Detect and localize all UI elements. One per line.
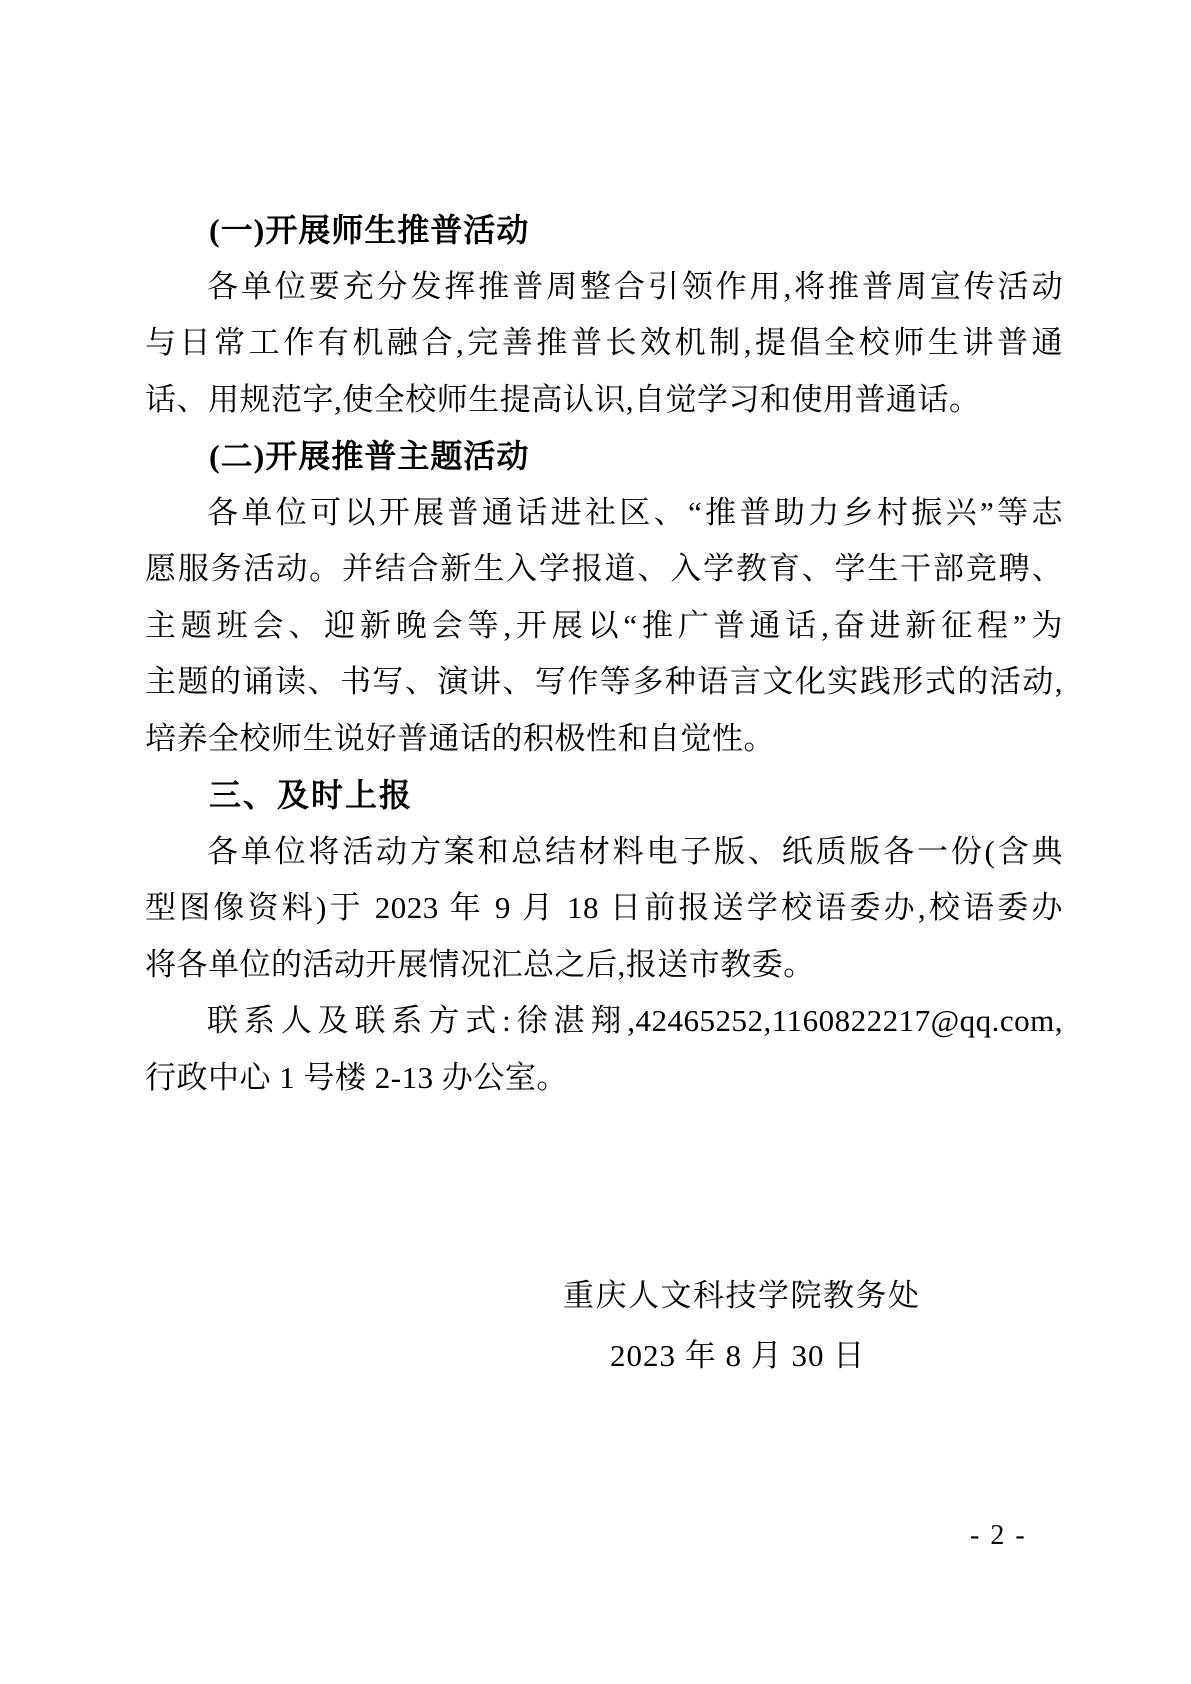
contact-info-line-2: 行政中心 1 号楼 2-13 办公室。 <box>145 1050 1063 1107</box>
section-3-para-line-3: 将各单位的活动开展情况汇总之后,报送市教委。 <box>145 937 1063 994</box>
document-body: (一)开展师生推普活动 各单位要充分发挥推普周整合引领作用,将推普周宣传活动 与… <box>145 202 1063 1106</box>
section-2-para-line-3: 主题班会、迎新晚会等,开展以“推广普通话,奋进新征程”为 <box>145 598 1063 655</box>
section-1-para-line-1: 各单位要充分发挥推普周整合引领作用,将推普周宣传活动 <box>145 259 1063 316</box>
section-3-para-line-1: 各单位将活动方案和总结材料电子版、纸质版各一份(含典 <box>145 824 1063 881</box>
signature-date: 2023 年 8 月 30 日 <box>610 1334 865 1378</box>
section-2-para-line-4: 主题的诵读、书写、演讲、写作等多种语言文化实践形式的活动, <box>145 654 1063 711</box>
page-number: - 2 - <box>970 1518 1027 1554</box>
section-1-para-line-2: 与日常工作有机融合,完善推普长效机制,提倡全校师生讲普通 <box>145 315 1063 372</box>
signature-organization: 重庆人文科技学院教务处 <box>563 1274 921 1318</box>
section-2-para-line-2: 愿服务活动。并结合新生入学报道、入学教育、学生干部竞聘、 <box>145 541 1063 598</box>
section-1-heading: (一)开展师生推普活动 <box>145 202 1063 259</box>
section-3-heading: 三、及时上报 <box>145 767 1063 824</box>
section-2-heading: (二)开展推普主题活动 <box>145 428 1063 485</box>
section-2-para-line-1: 各单位可以开展普通话进社区、“推普助力乡村振兴”等志 <box>145 485 1063 542</box>
section-3-para-line-2: 型图像资料)于 2023 年 9 月 18 日前报送学校语委办,校语委办 <box>145 880 1063 937</box>
document-page: (一)开展师生推普活动 各单位要充分发挥推普周整合引领作用,将推普周宣传活动 与… <box>0 0 1191 1684</box>
contact-info-line-1: 联系人及联系方式:徐湛翔,42465252,1160822217@qq.com, <box>145 993 1063 1050</box>
section-2-para-line-5: 培养全校师生说好普通话的积极性和自觉性。 <box>145 711 1063 768</box>
section-1-para-line-3: 话、用规范字,使全校师生提高认识,自觉学习和使用普通话。 <box>145 372 1063 429</box>
